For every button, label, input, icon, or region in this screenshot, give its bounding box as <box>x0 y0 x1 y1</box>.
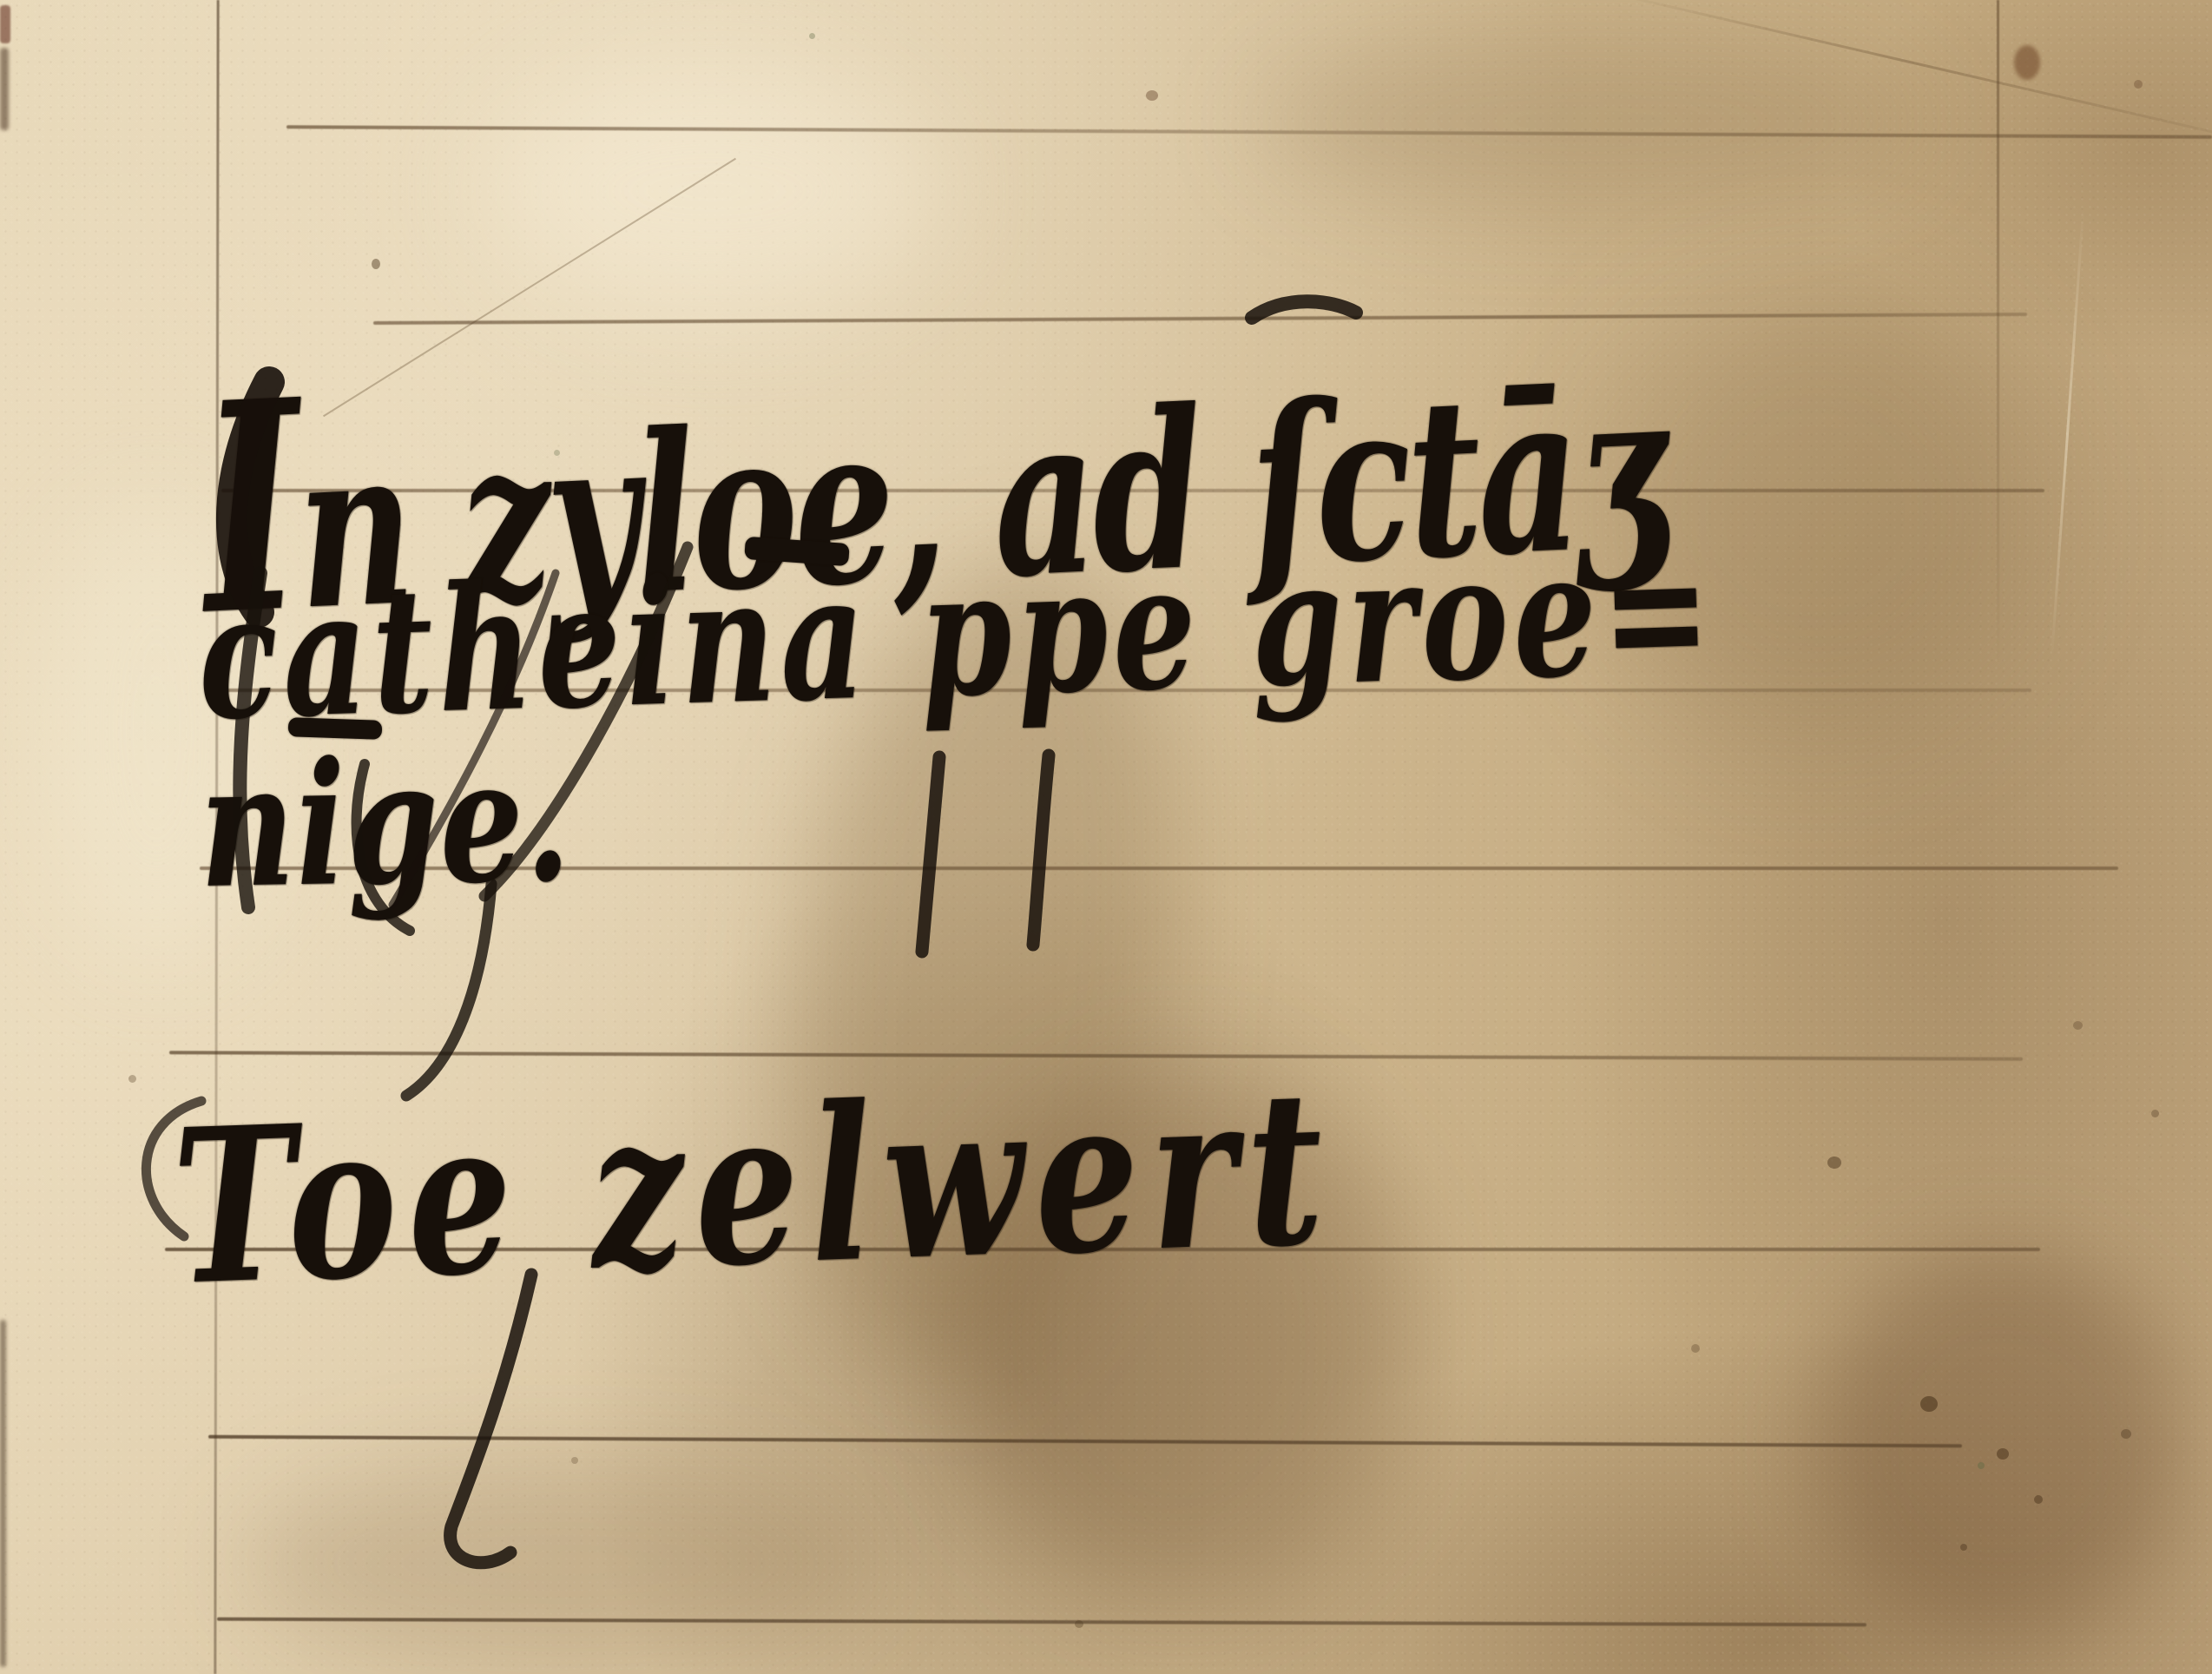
page-edge-shadow <box>0 5 10 43</box>
ruled-line <box>286 125 2212 139</box>
ink-speck <box>1075 1620 1083 1628</box>
mold-speck <box>1978 1462 1985 1469</box>
parchment-highlight <box>486 69 938 313</box>
ink-speck <box>2034 1495 2043 1504</box>
ink-speck <box>2151 1110 2159 1117</box>
manuscript-photo: In zyloe, ad ſctāʒ catheina ppe groe= ni… <box>0 0 2212 1674</box>
fold-crease <box>2051 209 2084 660</box>
ink-speck <box>372 259 380 269</box>
margin-rule-vertical <box>1997 0 1999 781</box>
ink-speck <box>2121 1429 2131 1439</box>
mold-speck <box>554 450 560 456</box>
ink-speck <box>2134 80 2143 89</box>
handwritten-line-3: nige. <box>198 722 574 926</box>
page-edge-shadow <box>0 48 9 130</box>
ink-speck <box>1960 1544 1967 1551</box>
parchment-stain <box>1259 35 1919 208</box>
ink-speck <box>1920 1396 1938 1412</box>
parchment-stain <box>243 1459 868 1667</box>
ink-speck <box>1691 1344 1700 1353</box>
ink-speck <box>571 1457 578 1464</box>
ink-speck <box>1146 90 1158 101</box>
ruled-line <box>208 1435 1962 1448</box>
ink-speck <box>128 1075 136 1083</box>
ink-speck <box>1997 1448 2009 1460</box>
page-edge-shadow <box>0 1320 6 1667</box>
macron-mark <box>288 717 383 740</box>
ruled-line <box>217 1618 1866 1627</box>
handwritten-line-4: Toe zelwert <box>169 1043 1338 1333</box>
ink-speck <box>2073 1021 2083 1030</box>
fold-crease <box>1605 0 2212 134</box>
mold-speck <box>809 33 815 39</box>
ink-speck <box>2014 45 2040 80</box>
ink-speck <box>1827 1157 1841 1169</box>
